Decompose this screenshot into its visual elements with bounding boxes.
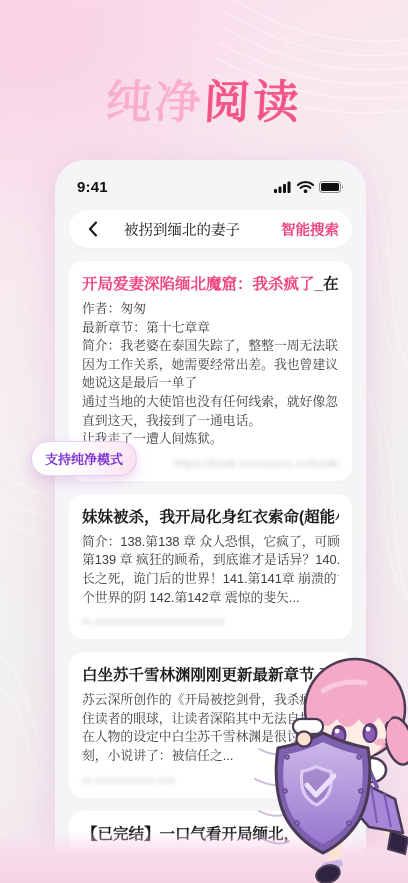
result-summary: 作者：匆匆 最新章节：第十七章章 简介：我老婆在泰国失踪了，整整一周无法联系。 … (82, 300, 339, 449)
page-title-dark: 阅读 (202, 76, 303, 128)
status-icons (274, 181, 344, 193)
battery-icon (319, 181, 344, 193)
search-input[interactable]: 被拐到缅北的妻子 (124, 219, 281, 240)
back-button[interactable] (82, 218, 104, 240)
result-summary-line: 简介：138.第138 章 众人恐惧，它疯了，可顾希比它 139. (82, 533, 339, 552)
signal-icon (274, 181, 292, 193)
result-summary-line: 她说这是最后一单了 (82, 374, 339, 393)
result-summary-line: 个世界的阴 142.第142章 震惊的斐矢... (82, 589, 339, 608)
wifi-icon (297, 181, 314, 193)
result-title-highlight: 开局爱妻深陷缅北魔窟：我杀疯了 (82, 276, 315, 293)
result-title[interactable]: 开局爱妻深陷缅北魔窟：我杀疯了_在线阅... (82, 274, 339, 295)
result-title[interactable]: 【已完结】一口气看开局缅北，我靠... (82, 824, 339, 845)
pure-mode-badge: 支持纯净模式 (31, 441, 137, 476)
result-title[interactable]: 白坐苏千雪林渊刚刚更新最新章节 开局被挖... (82, 665, 339, 686)
promo-page: { "hero": { "title_light": "纯净", "title_… (0, 0, 408, 883)
result-summary-line: 刻，小说讲了：被信任之... (82, 747, 339, 766)
result-card-2[interactable]: 妹妹被杀，我开局化身红衣索命(超能小巴)... 简介：138.第138 章 众人… (69, 494, 352, 639)
result-chapter-line: 最新章节：第十七章章 (82, 319, 339, 338)
status-time: 9:41 (77, 179, 108, 196)
result-url-blurred[interactable]: m.xxxxxxxxxx.xxx (82, 775, 339, 787)
result-url-blurred[interactable]: m.xxxxxxxxxxxxxxxxxxxxxx (82, 616, 339, 628)
search-header: 被拐到缅北的妻子 智能搜索 (69, 210, 352, 248)
result-summary-line: 第139 章 疯狂的顾希，到底谁才是话异？140.第140章 园 (82, 551, 339, 570)
result-card-1[interactable]: 开局爱妻深陷缅北魔窟：我杀疯了_在线阅... 作者：匆匆 最新章节：第十七章章 … (69, 261, 352, 481)
result-summary-line: 在人物的设定中白尘苏千雪林渊是很讨喜的，给人 (82, 728, 339, 747)
result-summary-line: 长之死，诡门后的世界！141.第141章 崩溃的世界，吸收两 (82, 570, 339, 589)
chevron-left-icon (88, 221, 98, 237)
result-card-3[interactable]: 白坐苏千雪林渊刚刚更新最新章节 开局被挖... 苏云深所创作的《开局被挖剑骨，我… (69, 652, 352, 797)
status-bar: 9:41 (55, 160, 366, 202)
result-card-4[interactable]: 【已完结】一口气看开局缅北，我靠... (69, 811, 352, 875)
result-summary-line: 苏云深所创作的《开局被挖剑骨，我杀疯了》可以牢 (82, 691, 339, 710)
result-title[interactable]: 妹妹被杀，我开局化身红衣索命(超能小巴)... (82, 507, 339, 528)
page-title: 纯净阅读 (0, 66, 408, 132)
result-summary-line: 通过当地的大使馆也没有任何线索，就好像忽然人间蒸发 (82, 393, 339, 412)
result-summary: 简介：138.第138 章 众人恐惧，它疯了，可顾希比它 139. 第139 章… (82, 533, 339, 607)
result-summary-line: 简介：我老婆在泰国失踪了，整整一周无法联系。 (82, 337, 339, 356)
result-summary-line: 因为工作关系，她需要经常出差。我也曾建议她换个工作 (82, 356, 339, 375)
result-summary-line: 直到这天，我接到了一通电话。 (82, 412, 339, 431)
phone-mockup: 9:41 被拐到缅北的妻子 (55, 160, 366, 883)
smart-search-button[interactable]: 智能搜索 (281, 219, 339, 240)
result-summary-line: 住读者的眼球，让读者深陷其中无法自拔，想要熬 (82, 710, 339, 729)
results-list: 开局爱妻深陷缅北魔窟：我杀疯了_在线阅... 作者：匆匆 最新章节：第十七章章 … (55, 261, 366, 875)
result-author-line: 作者：匆匆 (82, 300, 339, 319)
result-title-rest: _在线阅... (315, 276, 339, 293)
result-summary: 苏云深所创作的《开局被挖剑骨，我杀疯了》可以牢 住读者的眼球，让读者深陷其中无法… (82, 691, 339, 765)
page-title-light: 纯净 (104, 76, 205, 128)
